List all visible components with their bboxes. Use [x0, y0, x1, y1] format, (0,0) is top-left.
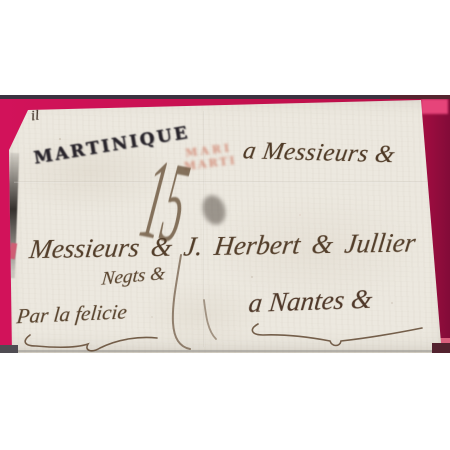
paper-fold-glint	[9, 243, 17, 260]
ship-route-note: Par la felicie	[16, 300, 129, 330]
trade-abbreviation: Negts &	[101, 263, 166, 290]
photo-corner-shadow-right	[432, 343, 450, 353]
rate-mark-tail-2	[204, 300, 216, 339]
nantes-underline-flourish	[252, 324, 422, 346]
paper-fold-shadow	[6, 153, 19, 278]
manuscript-corner-dot: ·	[17, 115, 22, 132]
photo-top-edge	[0, 95, 450, 99]
white-band-top	[0, 0, 450, 95]
photo-corner-shadow-left	[0, 345, 18, 353]
manuscript-corner-note: il	[30, 108, 41, 126]
white-band-bottom	[0, 353, 450, 450]
felicie-underline-flourish	[25, 335, 157, 351]
paper-bottom-edge	[14, 350, 434, 352]
crimson-backdrop: · il MARTINIQUE MARI MARTI a Messieurs &…	[0, 95, 450, 353]
photo-top-edge-maroon	[390, 95, 450, 99]
backdrop-highlight-top-right	[421, 99, 448, 114]
destination-line: a Nantes &	[247, 284, 374, 319]
product-photo: · il MARTINIQUE MARI MARTI a Messieurs &…	[0, 0, 450, 450]
rate-mark-tail	[173, 255, 190, 349]
address-to-line: a Messieurs &	[241, 137, 397, 169]
letter-cover-paper: · il MARTINIQUE MARI MARTI a Messieurs &…	[0, 95, 450, 353]
addressee-line: Messieurs & J. Herbert & Jullier	[28, 228, 418, 266]
paper-crease-horizontal	[14, 181, 434, 183]
